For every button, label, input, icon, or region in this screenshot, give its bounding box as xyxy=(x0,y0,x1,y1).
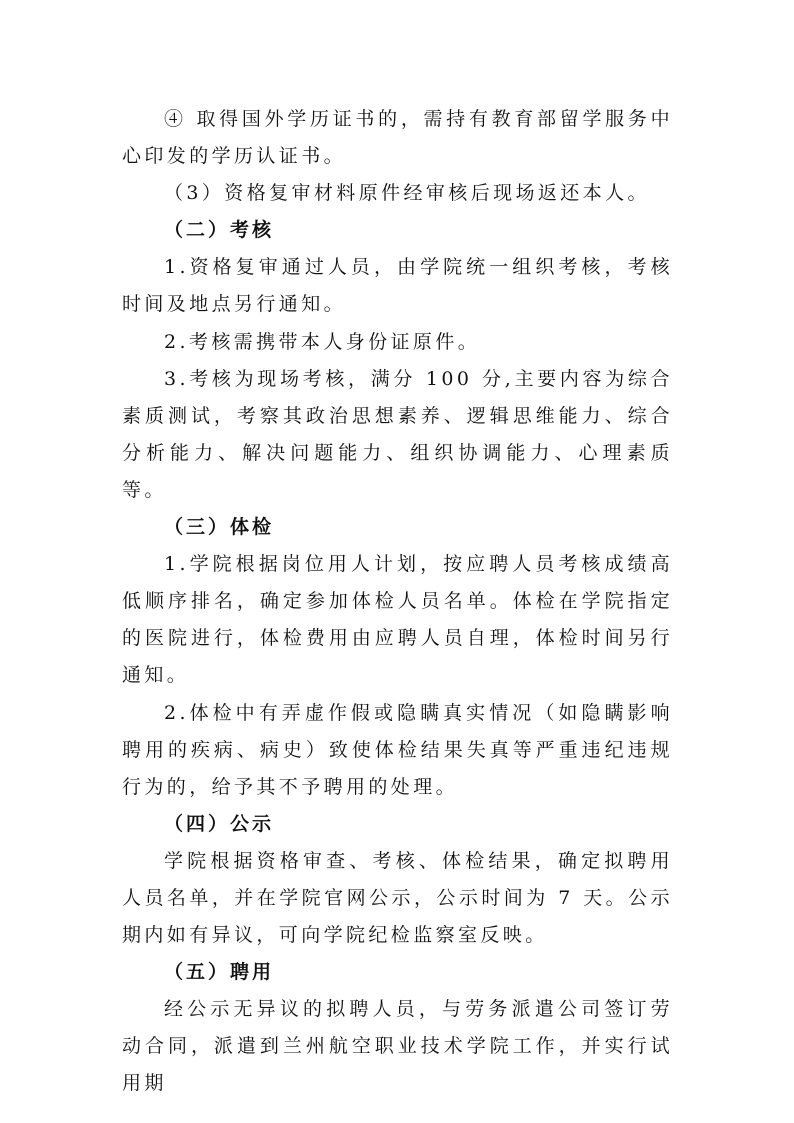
section-heading-physical-exam: （三）体检 xyxy=(122,509,673,546)
document-page: ④ 取得国外学历证书的，需持有教育部留学服务中心印发的学历认证书。 （3）资格复… xyxy=(122,101,673,1103)
paragraph-assessment-3: 3.考核为现场考核，满分 100 分,主要内容为综合素质测试，考察其政治思想素养… xyxy=(122,361,673,509)
section-heading-publicity: （四）公示 xyxy=(122,806,673,843)
paragraph-publicity: 学院根据资格审查、考核、体检结果，确定拟聘用人员名单，并在学院官网公示，公示时间… xyxy=(122,843,673,954)
section-heading-assessment: （二）考核 xyxy=(122,212,673,249)
paragraph-employment: 经公示无异议的拟聘人员，与劳务派遣公司签订劳动合同，派遣到兰州航空职业技术学院工… xyxy=(122,991,673,1102)
section-heading-employment: （五）聘用 xyxy=(122,954,673,991)
paragraph-assessment-2: 2.考核需携带本人身份证原件。 xyxy=(122,324,673,361)
paragraph-foreign-degree: ④ 取得国外学历证书的，需持有教育部留学服务中心印发的学历认证书。 xyxy=(122,101,673,175)
paragraph-assessment-1: 1.资格复审通过人员，由学院统一组织考核，考核时间及地点另行通知。 xyxy=(122,249,673,323)
paragraph-physical-exam-1: 1.学院根据岗位用人计划，按应聘人员考核成绩高低顺序排名，确定参加体检人员名单。… xyxy=(122,546,673,694)
paragraph-physical-exam-2: 2.体检中有弄虚作假或隐瞒真实情况（如隐瞒影响聘用的疾病、病史）致使体检结果失真… xyxy=(122,695,673,806)
paragraph-materials-returned: （3）资格复审材料原件经审核后现场返还本人。 xyxy=(122,175,673,212)
